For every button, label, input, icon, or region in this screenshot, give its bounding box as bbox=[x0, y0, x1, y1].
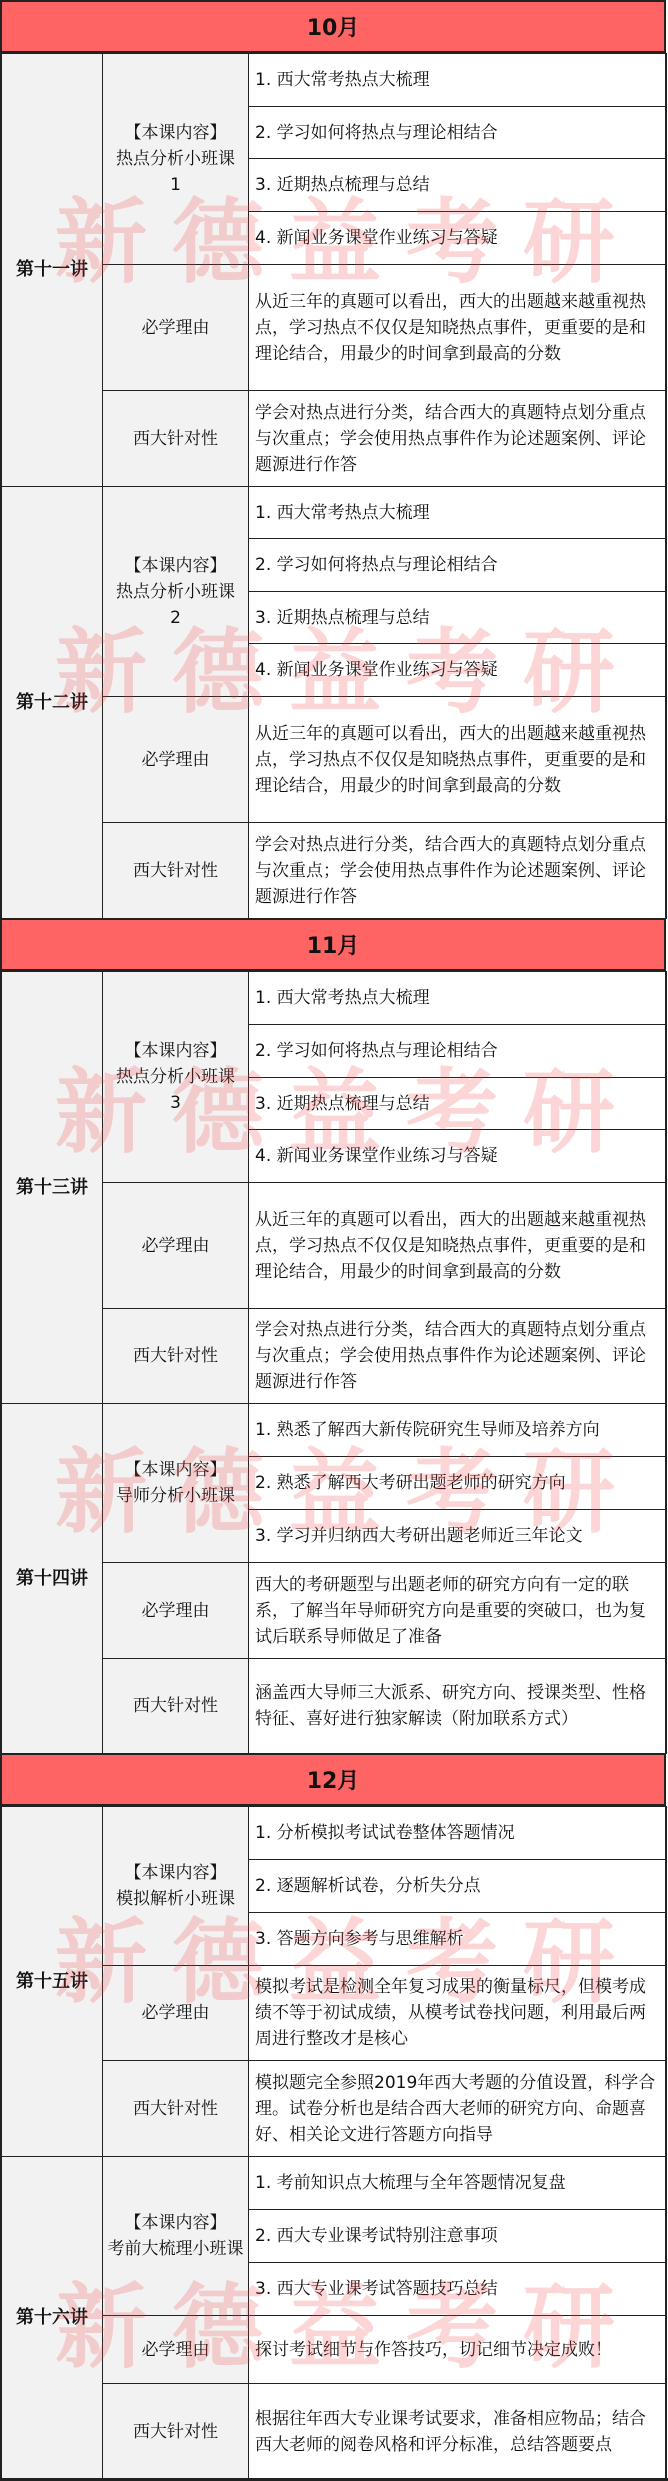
must-learn-text-text: 从近三年的真题可以看出，西大的出题越来越重视热点，学习热点不仅仅是知晓热点事件，… bbox=[255, 289, 659, 367]
content-item-text: 2. 学习如何将热点与理论相结合 bbox=[255, 552, 498, 578]
targeting-label: 西大针对性 bbox=[102, 390, 249, 487]
content-item: 2. 熟悉了解西大考研出题老师的研究方向 bbox=[248, 1456, 667, 1510]
content-item: 4. 新闻业务课堂作业练习与答疑 bbox=[248, 211, 667, 265]
content-item: 3. 西大专业课考试答题技巧总结 bbox=[248, 2262, 667, 2316]
content-item: 2. 学习如何将热点与理论相结合 bbox=[248, 106, 667, 159]
month-header: 11月 bbox=[0, 918, 666, 971]
lecture-name-text: 第十二讲 bbox=[16, 690, 88, 716]
must-learn-text: 从近三年的真题可以看出，西大的出题越来越重视热点，学习热点不仅仅是知晓热点事件，… bbox=[248, 696, 667, 823]
lecture-name: 第十三讲 bbox=[0, 971, 103, 1404]
must-learn-label: 必学理由 bbox=[102, 1562, 249, 1659]
must-learn-label-text: 必学理由 bbox=[142, 1233, 210, 1259]
must-learn-text-text: 西大的考研题型与出题老师的研究方向有一定的联系，了解当年导师研究方向是重要的突破… bbox=[255, 1572, 659, 1650]
content-item-text: 1. 西大常考热点大梳理 bbox=[255, 985, 430, 1011]
content-item-text: 3. 近期热点梳理与总结 bbox=[255, 172, 430, 198]
content-item-text: 2. 西大专业课考试特别注意事项 bbox=[255, 2223, 498, 2249]
must-learn-text: 从近三年的真题可以看出，西大的出题越来越重视热点，学习热点不仅仅是知晓热点事件，… bbox=[248, 1182, 667, 1309]
targeting-text-text: 学会对热点进行分类，结合西大的真题特点划分重点与次重点；学会使用热点事件作为论述… bbox=[255, 400, 659, 478]
lecture-name: 第十四讲 bbox=[0, 1403, 103, 1754]
targeting-text: 学会对热点进行分类，结合西大的真题特点划分重点与次重点；学会使用热点事件作为论述… bbox=[248, 822, 667, 919]
content-item: 1. 分析模拟考试试卷整体答题情况 bbox=[248, 1806, 667, 1860]
content-label-text: 【本课内容】 考前大梳理小班课 bbox=[108, 2210, 244, 2262]
must-learn-text: 探讨考试细节与作答技巧，切记细节决定成败！ bbox=[248, 2315, 667, 2384]
lecture-name-text: 第十四讲 bbox=[16, 1566, 88, 1592]
must-learn-label-text: 必学理由 bbox=[142, 315, 210, 341]
targeting-label: 西大针对性 bbox=[102, 2383, 249, 2480]
must-learn-text: 从近三年的真题可以看出，西大的出题越来越重视热点，学习热点不仅仅是知晓热点事件，… bbox=[248, 264, 667, 391]
must-learn-label: 必学理由 bbox=[102, 264, 249, 391]
content-label-text: 【本课内容】 模拟解析小班课 bbox=[116, 1860, 235, 1912]
content-label: 【本课内容】 热点分析小班课 3 bbox=[102, 971, 249, 1183]
content-item-text: 2. 学习如何将热点与理论相结合 bbox=[255, 1038, 498, 1064]
content-item-text: 2. 熟悉了解西大考研出题老师的研究方向 bbox=[255, 1470, 566, 1496]
content-item-text: 2. 学习如何将热点与理论相结合 bbox=[255, 120, 498, 146]
content-label: 【本课内容】 导师分析小班课 bbox=[102, 1403, 249, 1563]
content-item-text: 3. 西大专业课考试答题技巧总结 bbox=[255, 2276, 498, 2302]
lecture-name-text: 第十六讲 bbox=[16, 2305, 88, 2331]
must-learn-label: 必学理由 bbox=[102, 2315, 249, 2384]
targeting-label: 西大针对性 bbox=[102, 1658, 249, 1754]
lecture-name-text: 第十一讲 bbox=[16, 257, 88, 283]
course-schedule-table: 10月第十一讲【本课内容】 热点分析小班课 11. 西大常考热点大梳理2. 学习… bbox=[0, 0, 668, 2481]
content-item: 3. 近期热点梳理与总结 bbox=[248, 158, 667, 212]
must-learn-label: 必学理由 bbox=[102, 696, 249, 823]
must-learn-text-text: 探讨考试细节与作答技巧，切记细节决定成败！ bbox=[255, 2337, 612, 2363]
content-label-text: 【本课内容】 导师分析小班课 bbox=[116, 1457, 235, 1509]
content-item: 2. 西大专业课考试特别注意事项 bbox=[248, 2209, 667, 2263]
content-label-text: 【本课内容】 热点分析小班课 2 bbox=[116, 553, 235, 631]
content-item-text: 3. 近期热点梳理与总结 bbox=[255, 1091, 430, 1117]
content-label: 【本课内容】 热点分析小班课 2 bbox=[102, 486, 249, 697]
must-learn-text-text: 从近三年的真题可以看出，西大的出题越来越重视热点，学习热点不仅仅是知晓热点事件，… bbox=[255, 721, 659, 799]
targeting-label-text: 西大针对性 bbox=[133, 2096, 218, 2122]
must-learn-label-text: 必学理由 bbox=[142, 1598, 210, 1624]
must-learn-label-text: 必学理由 bbox=[142, 747, 210, 773]
targeting-label-text: 西大针对性 bbox=[133, 426, 218, 452]
must-learn-text: 西大的考研题型与出题老师的研究方向有一定的联系，了解当年导师研究方向是重要的突破… bbox=[248, 1562, 667, 1659]
content-item: 1. 考前知识点大梳理与全年答题情况复盘 bbox=[248, 2156, 667, 2210]
must-learn-label-text: 必学理由 bbox=[142, 2000, 210, 2026]
content-item: 2. 学习如何将热点与理论相结合 bbox=[248, 538, 667, 592]
lecture-name-text: 第十五讲 bbox=[16, 1969, 88, 1995]
lecture-name: 第十一讲 bbox=[0, 53, 103, 487]
content-item: 3. 近期热点梳理与总结 bbox=[248, 1077, 667, 1130]
content-label: 【本课内容】 模拟解析小班课 bbox=[102, 1806, 249, 1966]
content-item: 3. 近期热点梳理与总结 bbox=[248, 591, 667, 644]
content-label-text: 【本课内容】 热点分析小班课 1 bbox=[116, 120, 235, 198]
targeting-text: 学会对热点进行分类，结合西大的真题特点划分重点与次重点；学会使用热点事件作为论述… bbox=[248, 1308, 667, 1404]
targeting-label: 西大针对性 bbox=[102, 822, 249, 919]
targeting-text-text: 根据往年西大专业课考试要求，准备相应物品；结合西大老师的阅卷风格和评分标准，总结… bbox=[255, 2406, 659, 2458]
content-item: 1. 西大常考热点大梳理 bbox=[248, 971, 667, 1025]
lecture-name-text: 第十三讲 bbox=[16, 1175, 88, 1201]
content-item: 3. 学习并归纳西大考研出题老师近三年论文 bbox=[248, 1509, 667, 1563]
content-item-text: 3. 学习并归纳西大考研出题老师近三年论文 bbox=[255, 1523, 583, 1549]
month-header: 10月 bbox=[0, 0, 666, 53]
targeting-label: 西大针对性 bbox=[102, 2060, 249, 2157]
must-learn-text-text: 从近三年的真题可以看出，西大的出题越来越重视热点，学习热点不仅仅是知晓热点事件，… bbox=[255, 1207, 659, 1285]
targeting-text-text: 涵盖西大导师三大派系、研究方向、授课类型、性格特征、喜好进行独家解读（附加联系方… bbox=[255, 1680, 659, 1732]
targeting-text: 学会对热点进行分类，结合西大的真题特点划分重点与次重点；学会使用热点事件作为论述… bbox=[248, 390, 667, 487]
content-item: 2. 逐题解析试卷，分析失分点 bbox=[248, 1859, 667, 1913]
content-item-text: 1. 考前知识点大梳理与全年答题情况复盘 bbox=[255, 2170, 566, 2196]
content-item-text: 3. 答题方向参考与思维解析 bbox=[255, 1926, 464, 1952]
content-label-text: 【本课内容】 热点分析小班课 3 bbox=[116, 1038, 235, 1116]
targeting-label-text: 西大针对性 bbox=[133, 2419, 218, 2445]
must-learn-label-text: 必学理由 bbox=[142, 2337, 210, 2363]
content-item: 3. 答题方向参考与思维解析 bbox=[248, 1912, 667, 1966]
content-label: 【本课内容】 考前大梳理小班课 bbox=[102, 2156, 249, 2316]
must-learn-text-text: 模拟考试是检测全年复习成果的衡量标尺，但模考成绩不等于初试成绩，从模考试卷找问题… bbox=[255, 1974, 659, 2052]
targeting-text: 模拟题完全参照2019年西大考题的分值设置，科学合理。试卷分析也是结合西大老师的… bbox=[248, 2060, 667, 2157]
must-learn-label: 必学理由 bbox=[102, 1965, 249, 2061]
content-item-text: 1. 熟悉了解西大新传院研究生导师及培养方向 bbox=[255, 1417, 600, 1443]
content-item-text: 4. 新闻业务课堂作业练习与答疑 bbox=[255, 1143, 498, 1169]
targeting-text: 涵盖西大导师三大派系、研究方向、授课类型、性格特征、喜好进行独家解读（附加联系方… bbox=[248, 1658, 667, 1754]
content-item-text: 1. 分析模拟考试试卷整体答题情况 bbox=[255, 1820, 515, 1846]
content-item-text: 3. 近期热点梳理与总结 bbox=[255, 605, 430, 631]
content-item-text: 1. 西大常考热点大梳理 bbox=[255, 67, 430, 93]
targeting-text: 根据往年西大专业课考试要求，准备相应物品；结合西大老师的阅卷风格和评分标准，总结… bbox=[248, 2383, 667, 2480]
content-item-text: 1. 西大常考热点大梳理 bbox=[255, 500, 430, 526]
must-learn-text: 模拟考试是检测全年复习成果的衡量标尺，但模考成绩不等于初试成绩，从模考试卷找问题… bbox=[248, 1965, 667, 2061]
must-learn-label: 必学理由 bbox=[102, 1182, 249, 1309]
content-item: 4. 新闻业务课堂作业练习与答疑 bbox=[248, 1129, 667, 1183]
targeting-text-text: 学会对热点进行分类，结合西大的真题特点划分重点与次重点；学会使用热点事件作为论述… bbox=[255, 832, 659, 910]
content-item: 1. 西大常考热点大梳理 bbox=[248, 486, 667, 539]
content-item: 2. 学习如何将热点与理论相结合 bbox=[248, 1024, 667, 1078]
content-label: 【本课内容】 热点分析小班课 1 bbox=[102, 53, 249, 265]
content-item-text: 4. 新闻业务课堂作业练习与答疑 bbox=[255, 657, 498, 683]
lecture-name: 第十二讲 bbox=[0, 486, 103, 919]
content-item-text: 2. 逐题解析试卷，分析失分点 bbox=[255, 1873, 481, 1899]
targeting-label-text: 西大针对性 bbox=[133, 1693, 218, 1719]
month-header: 12月 bbox=[0, 1753, 666, 1806]
targeting-label-text: 西大针对性 bbox=[133, 858, 218, 884]
lecture-name: 第十六讲 bbox=[0, 2156, 103, 2480]
targeting-text-text: 学会对热点进行分类，结合西大的真题特点划分重点与次重点；学会使用热点事件作为论述… bbox=[255, 1317, 659, 1395]
content-item: 1. 熟悉了解西大新传院研究生导师及培养方向 bbox=[248, 1403, 667, 1457]
targeting-label-text: 西大针对性 bbox=[133, 1343, 218, 1369]
content-item: 1. 西大常考热点大梳理 bbox=[248, 53, 667, 107]
content-item-text: 4. 新闻业务课堂作业练习与答疑 bbox=[255, 225, 498, 251]
content-item: 4. 新闻业务课堂作业练习与答疑 bbox=[248, 643, 667, 697]
targeting-label: 西大针对性 bbox=[102, 1308, 249, 1404]
targeting-text-text: 模拟题完全参照2019年西大考题的分值设置，科学合理。试卷分析也是结合西大老师的… bbox=[255, 2070, 659, 2148]
lecture-name: 第十五讲 bbox=[0, 1806, 103, 2157]
